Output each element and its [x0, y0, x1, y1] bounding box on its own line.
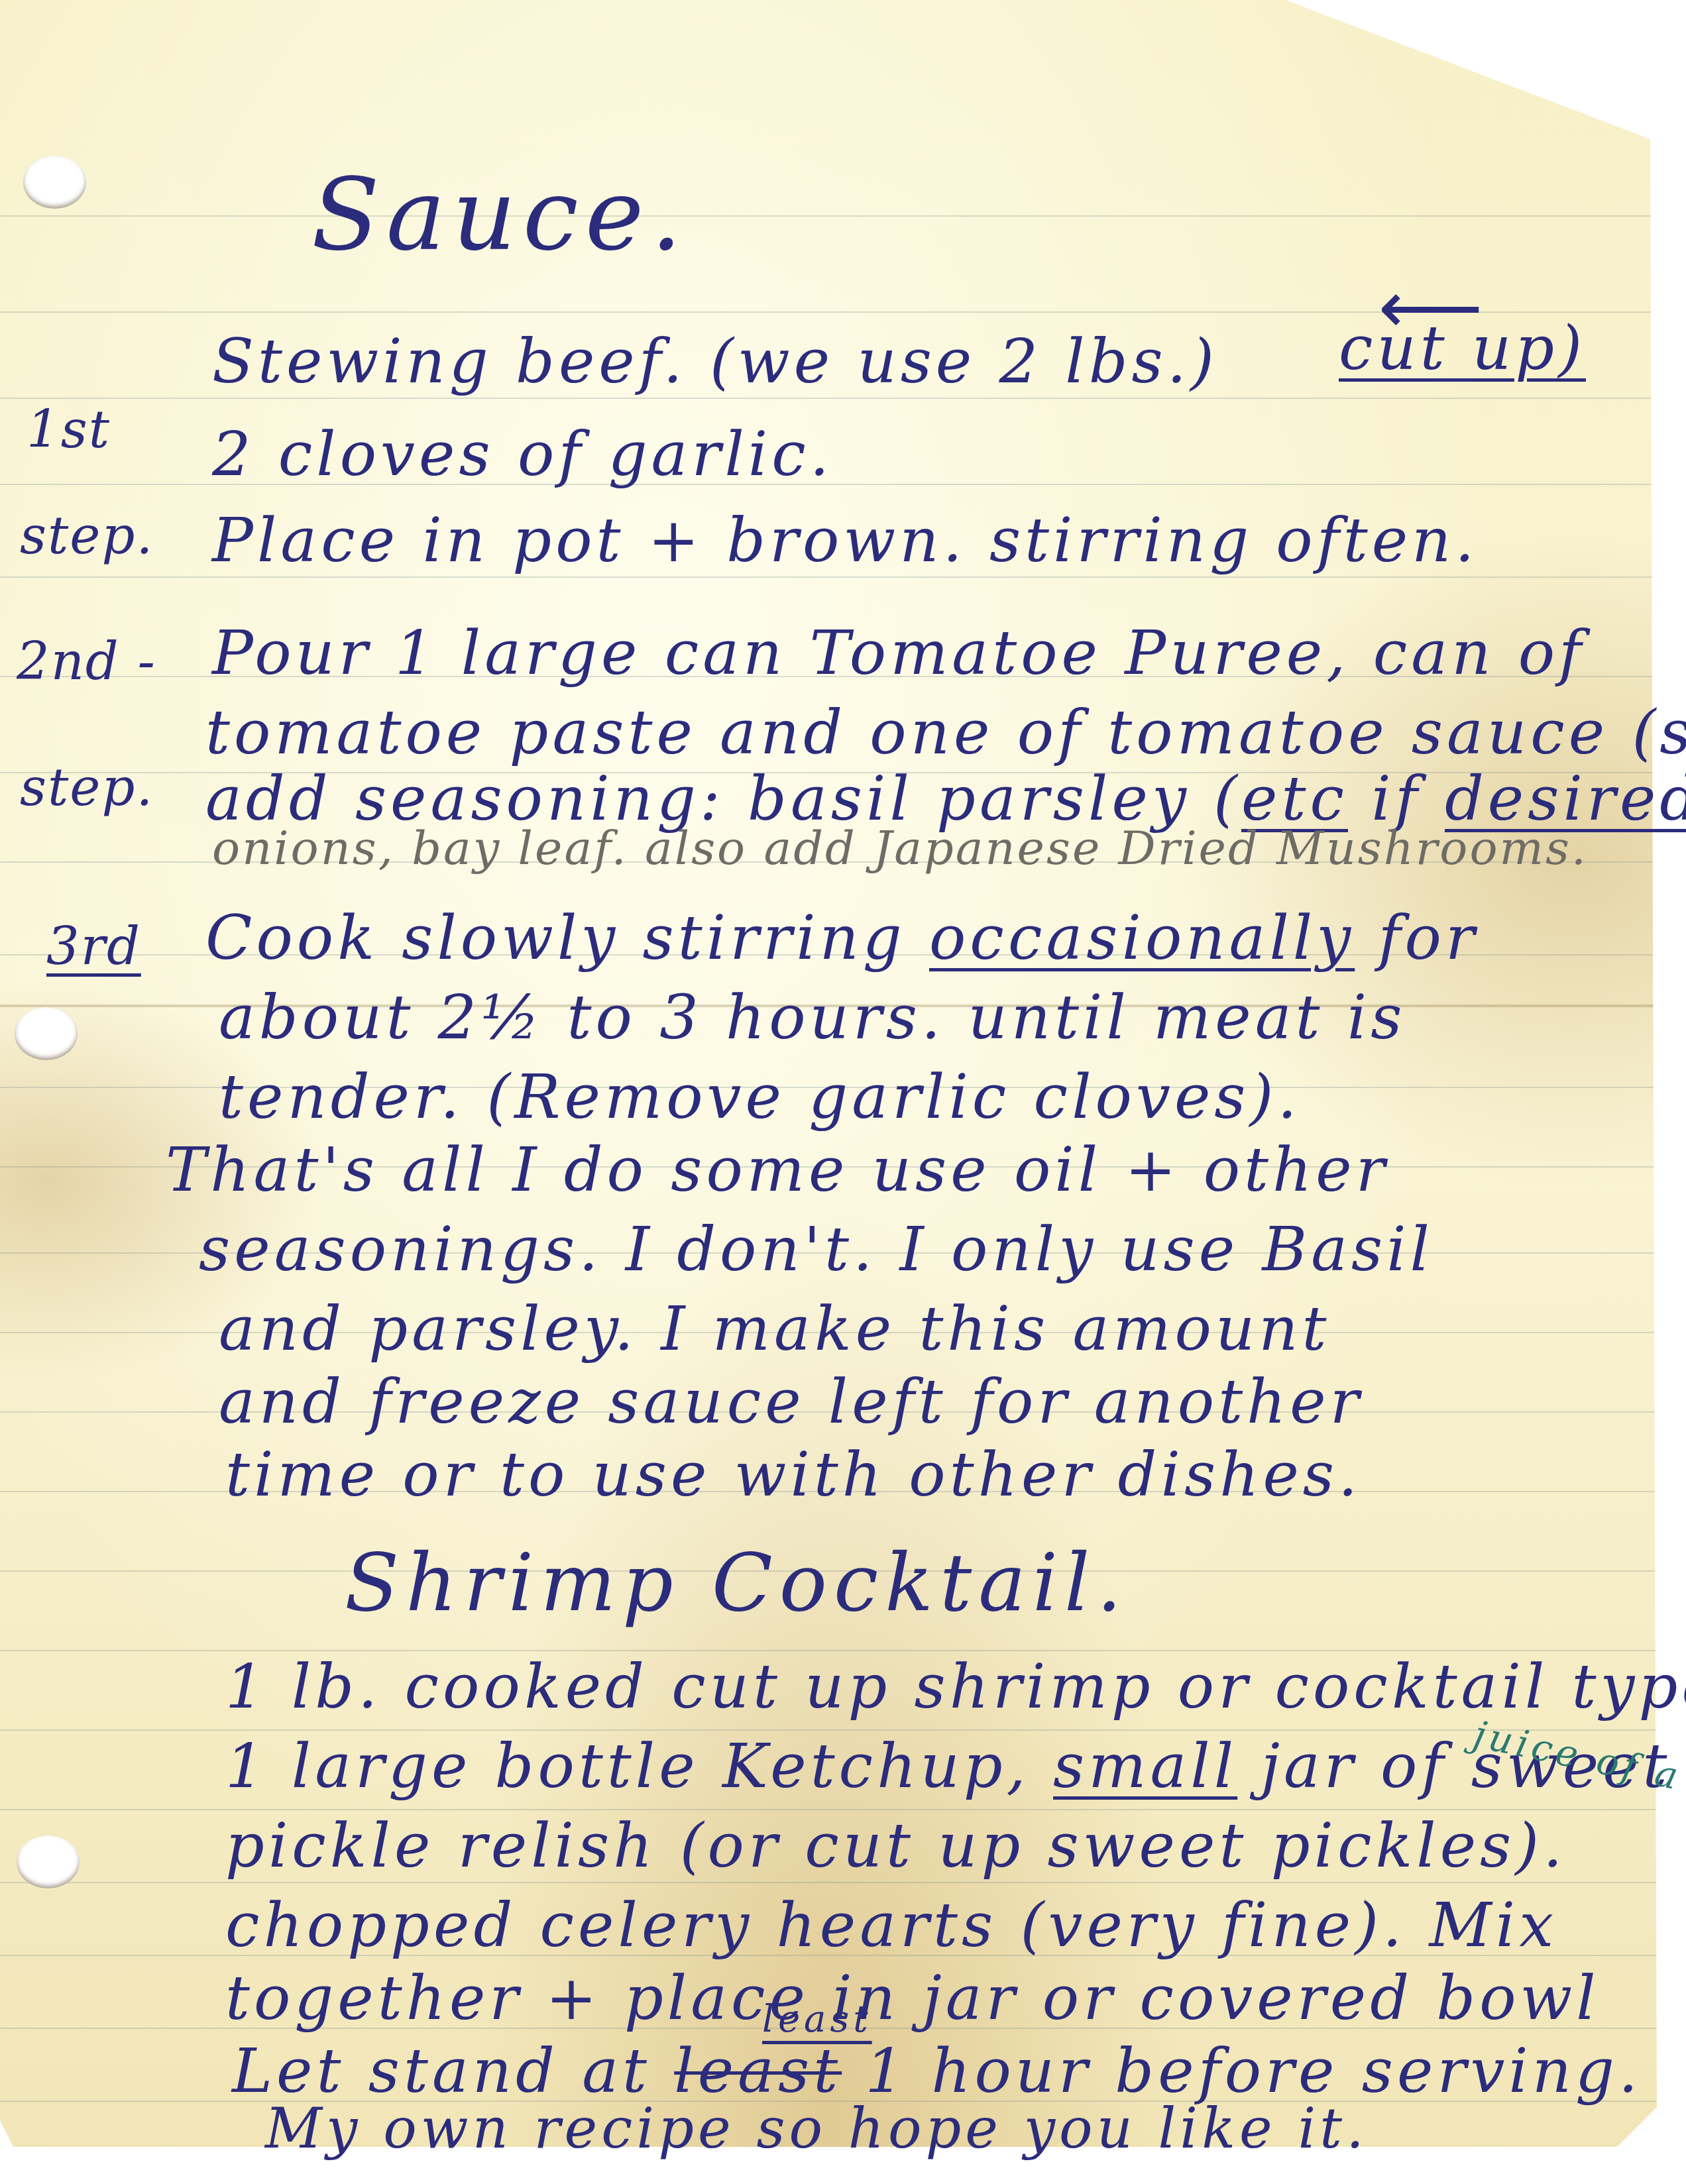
sauce-title: Sauce. [311, 166, 689, 265]
sauce-line-hours: about 2½ to 3 hours. until meat is [219, 987, 1406, 1048]
shrimp-line-3: pickle relish (or cut up sweet pickles). [225, 1816, 1566, 1877]
punch-hole [15, 1007, 78, 1060]
ruled-line [0, 398, 1657, 399]
sauce-line-garlic: 2 cloves of garlic. [212, 424, 833, 485]
shrimp-line-5: together + place in jar or covered bowl [225, 1968, 1600, 2029]
sauce-line-parsley: and parsley. I make this amount [219, 1299, 1330, 1360]
sauce-line-seasonings: seasonings. I don't. I only use Basil [199, 1219, 1433, 1280]
ruled-line [0, 576, 1657, 578]
sauce-line-brown: Place in pot + brown. stirring often. [212, 510, 1479, 571]
shrimp-line-1: 1 lb. cooked cut up shrimp or cocktail t… [225, 1657, 1686, 1718]
sauce-line-thats-all: That's all I do some use oil + other [166, 1140, 1389, 1201]
ruled-line [0, 1882, 1657, 1883]
sauce-line-cook: Cook slowly stirring occasionally for [205, 908, 1479, 969]
ruled-line [0, 215, 1657, 217]
margin-step2-label: step. [20, 762, 154, 814]
punch-hole [17, 1835, 80, 1888]
sauce-line-time: time or to use with other dishes. [225, 1445, 1361, 1505]
inserted-word-least: least [762, 2001, 872, 2038]
sauce-line-tender: tender. (Remove garlic cloves). [219, 1067, 1301, 1128]
ketchup-text: 1 large bottle Ketchup, [225, 1731, 1053, 1802]
occasionally-underlined: occasionally [929, 902, 1355, 973]
closing-remark: My own recipe so hope you like it. [265, 2101, 1368, 2156]
small-underlined: small [1053, 1731, 1237, 1802]
shrimp-line-2: 1 large bottle Ketchup, small jar of swe… [225, 1736, 1671, 1797]
margin-step3-label: 3rd [46, 921, 141, 973]
shrimp-line-4: chopped celery hearts (very fine). Mix [225, 1895, 1557, 1956]
pencil-annotation: onions, bay leaf. also add Japanese Drie… [212, 825, 1588, 871]
margin-step1-label: step. [20, 510, 154, 562]
sauce-line-pour: Pour 1 large can Tomatoe Puree, can of [212, 623, 1585, 684]
cook-for: for [1355, 902, 1479, 973]
margin-step1-label: 1st [27, 404, 111, 456]
sauce-line-freeze: and freeze sauce left for another [219, 1372, 1363, 1433]
shrimp-line-6: Let stand at least 1 hour before serving… [232, 2041, 1642, 2102]
sauce-ingredient-beef: Stewing beef. (we use 2 lbs.) [212, 331, 1218, 392]
sauce-line-paste: tomatoe paste and one of tomatoe sauce (… [205, 702, 1686, 763]
shrimp-title: Shrimp Cocktail. [345, 1544, 1129, 1623]
margin-step2-label: 2nd - [17, 636, 156, 688]
punch-hole [23, 156, 86, 209]
cook-text: Cook slowly stirring [205, 902, 929, 973]
insert-arrow-icon: ⟵ [1378, 265, 1483, 350]
